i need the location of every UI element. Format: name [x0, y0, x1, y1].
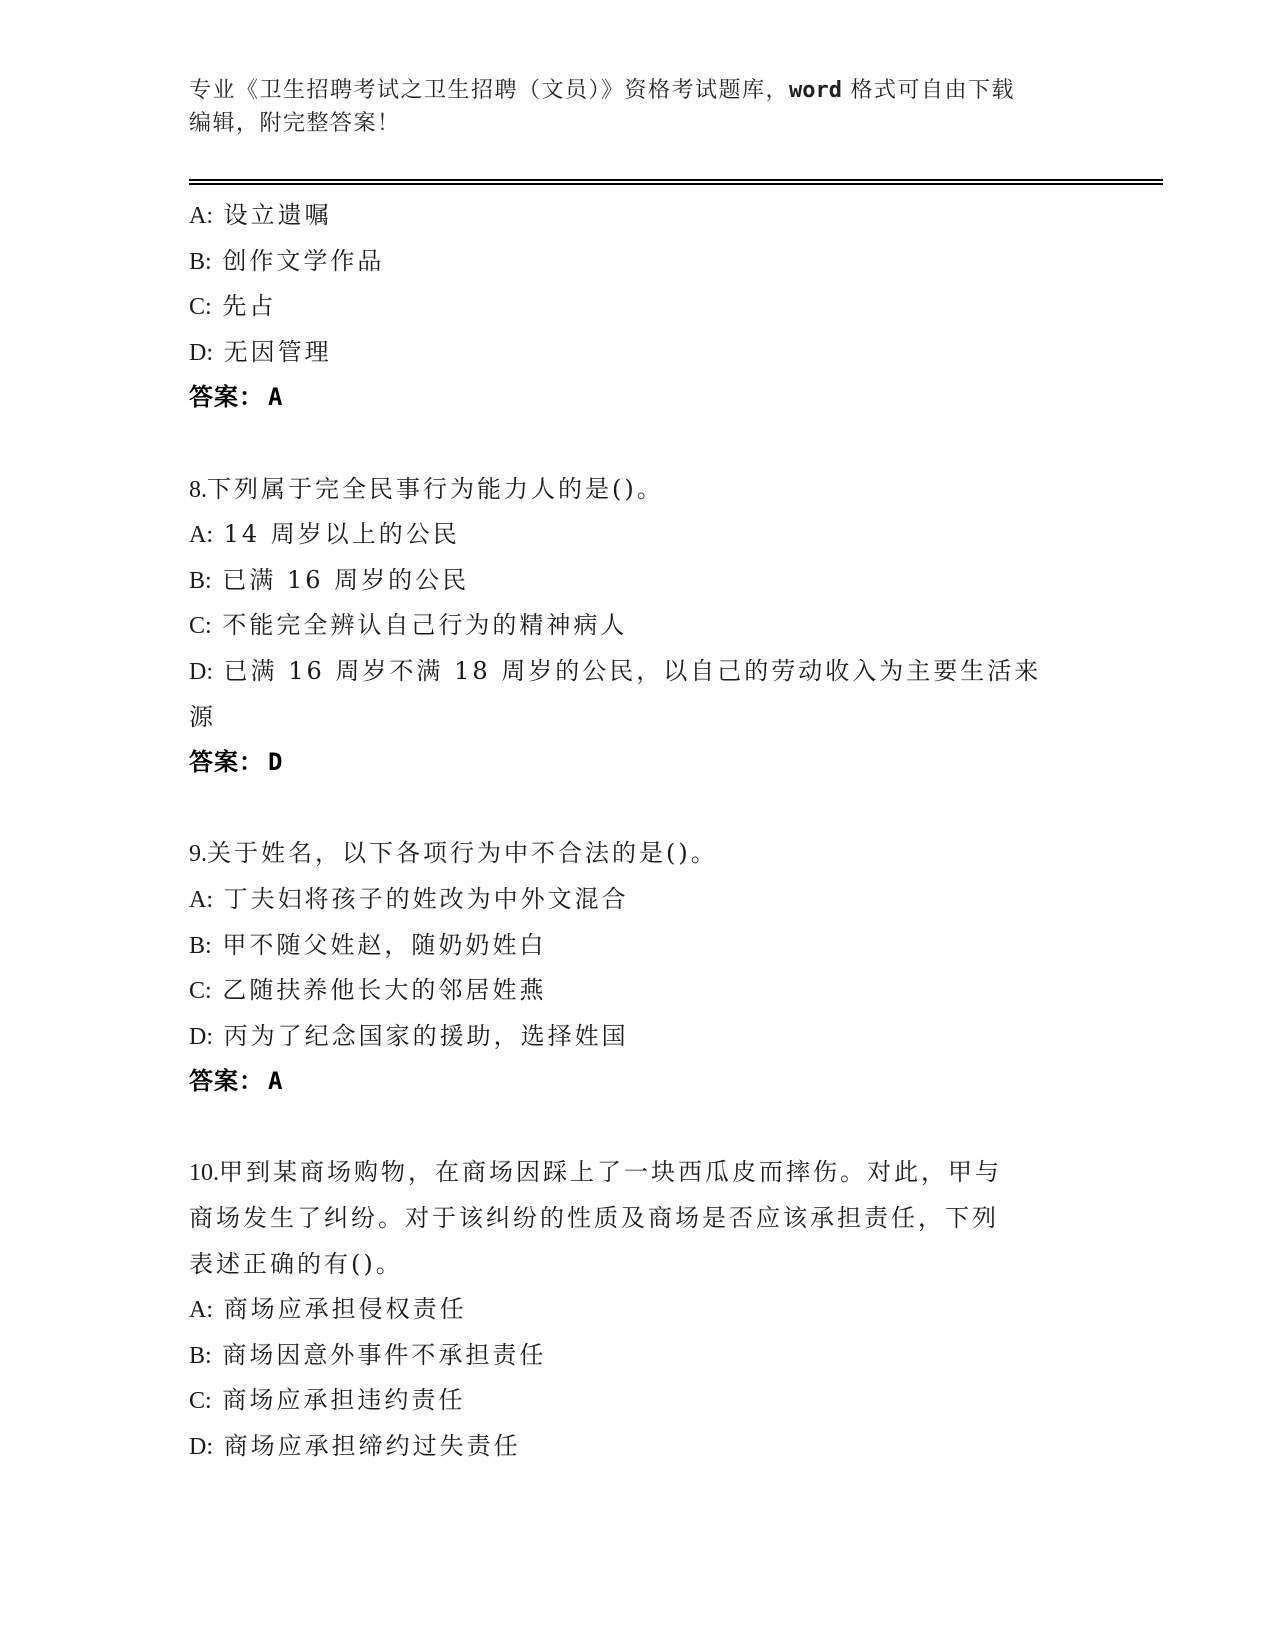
question-text-line-3: 表述正确的有()。 — [189, 1242, 1089, 1288]
document-header: 专业《卫生招聘考试之卫生招聘（文员）》资格考试题库，word 格式可自由下载 编… — [189, 74, 1089, 140]
header-title-tail: 格式可自由下载 — [842, 78, 1015, 103]
option-d: D: 无因管理 — [189, 330, 1089, 376]
question-10: 10.甲到某商场购物，在商场因踩上了一块西瓜皮而摔伤。对此，甲与 商场发生了纠纷… — [189, 1150, 1089, 1469]
header-title-text: 专业《卫生招聘考试之卫生招聘（文员）》资格考试题库， — [189, 78, 789, 103]
question-9: 9.关于姓名，以下各项行为中不合法的是()。 A: 丁夫妇将孩子的姓改为中外文混… — [189, 831, 1089, 1105]
option-d: D: 已满 16 周岁不满 18 周岁的公民，以自己的劳动收入为主要生活来 — [189, 649, 1089, 695]
option-b: B: 创作文学作品 — [189, 239, 1089, 285]
option-b: B: 商场因意外事件不承担责任 — [189, 1333, 1089, 1379]
option-d: D: 商场应承担缔约过失责任 — [189, 1424, 1089, 1470]
answer-line: 答案：A — [189, 375, 1089, 421]
header-word-text: word — [789, 78, 842, 103]
option-a: A: 设立遗嘱 — [189, 193, 1089, 239]
header-line-1: 专业《卫生招聘考试之卫生招聘（文员）》资格考试题库，word 格式可自由下载 — [189, 74, 1089, 107]
header-rule-bottom — [189, 183, 1163, 185]
spacer — [189, 421, 1089, 467]
document-page: 专业《卫生招聘考试之卫生招聘（文员）》资格考试题库，word 格式可自由下载 编… — [0, 0, 1275, 1650]
spacer — [189, 1105, 1089, 1151]
header-line-2: 编辑，附完整答案！ — [189, 107, 1089, 140]
option-c: C: 不能完全辨认自己行为的精神病人 — [189, 603, 1089, 649]
option-d-continuation: 源 — [189, 695, 1089, 741]
question-text: 8.下列属于完全民事行为能力人的是()。 — [189, 467, 1089, 513]
answer-value: A — [268, 383, 283, 411]
option-c: C: 先占 — [189, 284, 1089, 330]
spacer — [189, 786, 1089, 832]
answer-line: 答案：A — [189, 1059, 1089, 1105]
option-b: B: 甲不随父姓赵，随奶奶姓白 — [189, 923, 1089, 969]
question-7: A: 设立遗嘱 B: 创作文学作品 C: 先占 D: 无因管理 答案：A — [189, 193, 1089, 421]
header-rule-top — [189, 179, 1163, 181]
option-d: D: 丙为了纪念国家的援助，选择姓国 — [189, 1014, 1089, 1060]
question-8: 8.下列属于完全民事行为能力人的是()。 A: 14 周岁以上的公民 B: 已满… — [189, 467, 1089, 786]
question-text-line-1: 10.甲到某商场购物，在商场因踩上了一块西瓜皮而摔伤。对此，甲与 — [189, 1150, 1089, 1196]
question-text-line-2: 商场发生了纠纷。对于该纠纷的性质及商场是否应该承担责任，下列 — [189, 1196, 1089, 1242]
option-a: A: 丁夫妇将孩子的姓改为中外文混合 — [189, 877, 1089, 923]
answer-value: D — [268, 748, 283, 776]
option-c: C: 乙随扶养他长大的邻居姓燕 — [189, 968, 1089, 1014]
answer-line: 答案：D — [189, 740, 1089, 786]
question-text: 9.关于姓名，以下各项行为中不合法的是()。 — [189, 831, 1089, 877]
option-a: A: 商场应承担侵权责任 — [189, 1287, 1089, 1333]
option-b: B: 已满 16 周岁的公民 — [189, 558, 1089, 604]
option-a: A: 14 周岁以上的公民 — [189, 512, 1089, 558]
option-c: C: 商场应承担违约责任 — [189, 1378, 1089, 1424]
question-list: A: 设立遗嘱 B: 创作文学作品 C: 先占 D: 无因管理 答案：A 8.下… — [189, 193, 1089, 1470]
answer-value: A — [268, 1067, 283, 1095]
